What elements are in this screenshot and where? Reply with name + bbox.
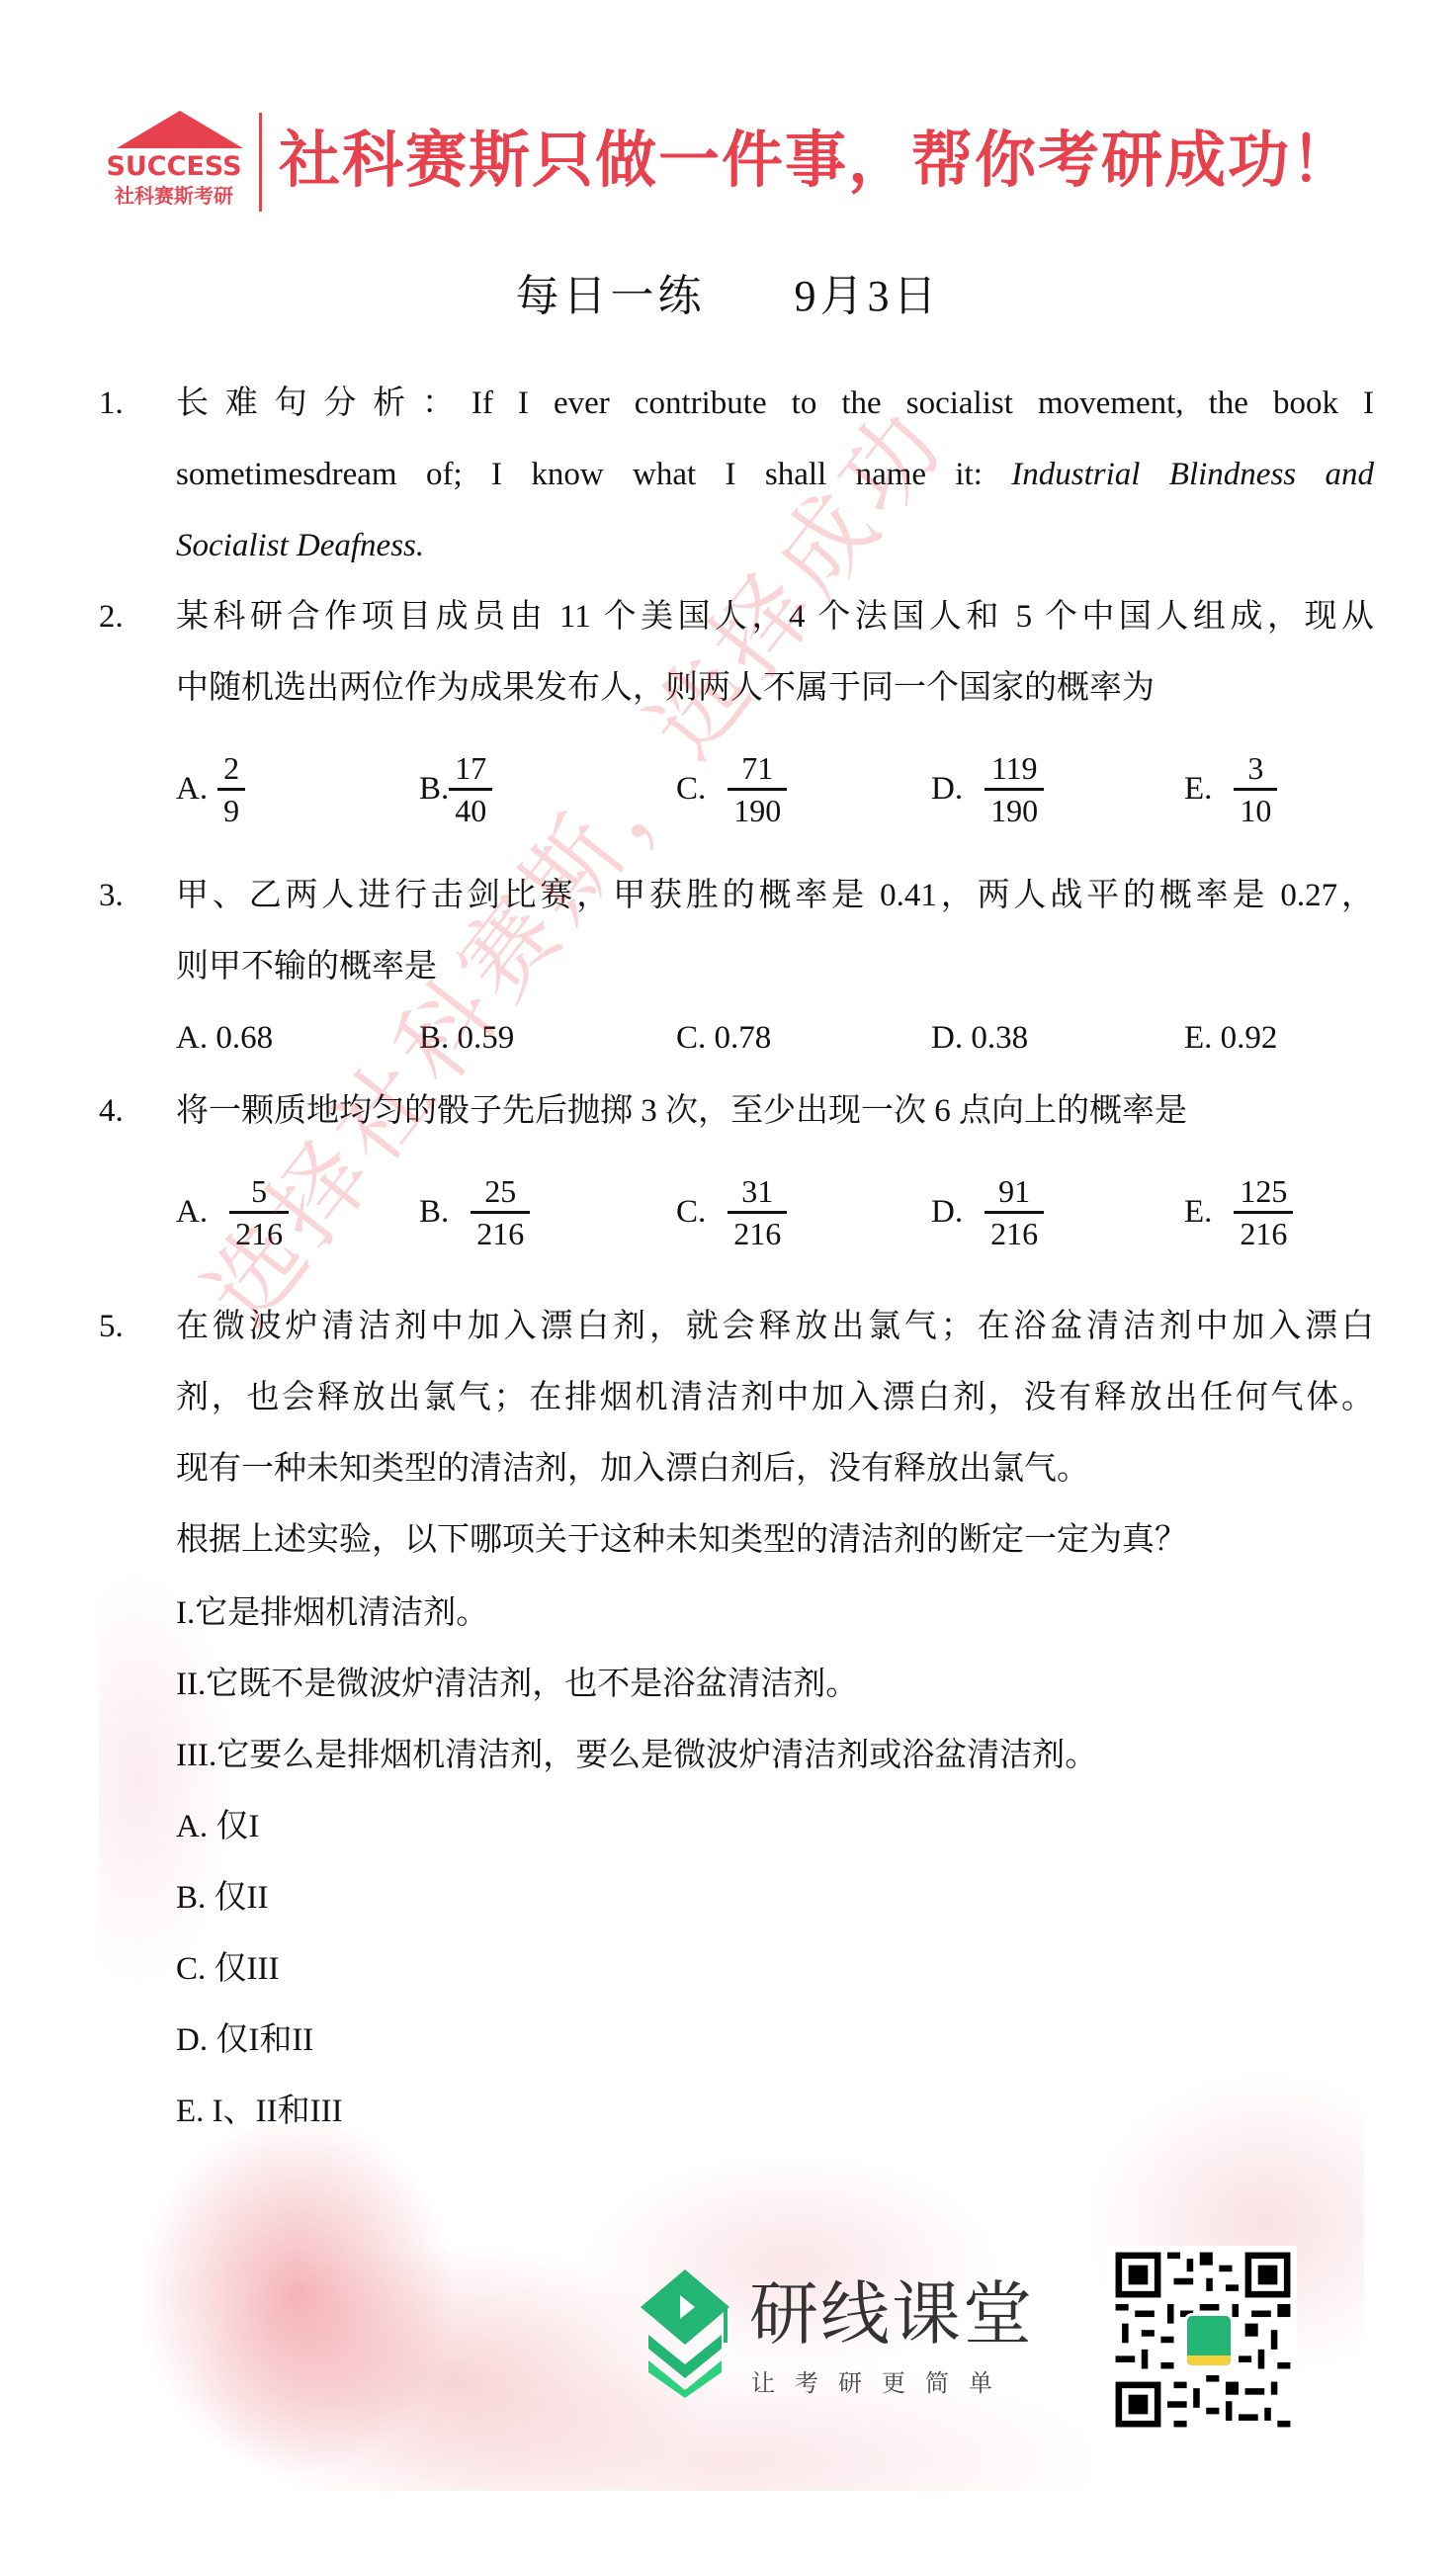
- fraction: 119190: [985, 748, 1044, 830]
- options-row: A.5216 B.25216 C.31216 D.91216 E.125216: [176, 1162, 1374, 1261]
- options-row: A.29 B.1740 C.71190 D.119190 E.310: [176, 739, 1374, 838]
- fraction: 71190: [728, 748, 787, 830]
- brand-name: 研线课堂: [749, 2269, 1034, 2358]
- statement-i: I.它是排烟机清洁剂。: [176, 1584, 488, 1643]
- options-row: A. 0.68 B. 0.59 C. 0.78 D. 0.38 E. 0.92: [176, 1008, 1374, 1068]
- option-b[interactable]: B. 0.59: [419, 1008, 514, 1068]
- statement-ii: II.它既不是微波炉清洁剂，也不是浴盆清洁剂。: [176, 1655, 858, 1714]
- header-divider: [259, 113, 262, 212]
- question-line: 某科研合作项目成员由 11 个美国人，4 个法国人和 5 个中国人组成，现从: [176, 581, 1374, 652]
- question-text: 长难句分析：If I ever contribute to the social…: [176, 368, 1374, 581]
- option-c[interactable]: C. 仅III: [176, 1939, 279, 1999]
- option-d[interactable]: D. 仅I和II: [176, 2011, 313, 2070]
- option-e[interactable]: E.310: [1184, 739, 1277, 838]
- qr-code-icon[interactable]: [1109, 2246, 1297, 2434]
- question-number: 5.: [99, 1291, 168, 1362]
- question-number: 4.: [99, 1075, 168, 1147]
- question-line: sometimesdream of; I know what I shall n…: [176, 439, 1374, 510]
- question-number: 2.: [99, 581, 168, 652]
- option-c[interactable]: C. 0.78: [676, 1008, 771, 1068]
- question-5: 5. 在微波炉清洁剂中加入漂白剂，就会释放出氯气；在浴盆清洁剂中加入漂白 剂，也…: [99, 1291, 1374, 1587]
- question-line: 则甲不输的概率是: [176, 931, 1374, 1002]
- question-line: 长难句分析：If I ever contribute to the social…: [176, 368, 1374, 439]
- question-2: 2. 某科研合作项目成员由 11 个美国人，4 个法国人和 5 个中国人组成，现…: [99, 581, 1374, 838]
- option-b[interactable]: B. 仅II: [176, 1868, 269, 1927]
- question-text: 在微波炉清洁剂中加入漂白剂，就会释放出氯气；在浴盆清洁剂中加入漂白 剂，也会释放…: [176, 1291, 1374, 1576]
- fraction: 1740: [449, 748, 492, 830]
- fraction: 5216: [229, 1171, 289, 1253]
- question-text: 某科研合作项目成员由 11 个美国人，4 个法国人和 5 个中国人组成，现从 中…: [176, 581, 1374, 724]
- option-c[interactable]: C.71190: [676, 739, 787, 838]
- question-line: 现有一种未知类型的清洁剂，加入漂白剂后，没有释放出氯气。: [176, 1433, 1374, 1504]
- title-date: 9月3日: [795, 272, 941, 320]
- fraction: 25216: [471, 1171, 530, 1253]
- logo-cn: 社科赛斯考研: [99, 184, 249, 208]
- option-d[interactable]: D. 0.38: [931, 1008, 1028, 1068]
- page-header: SUCCESS 社科赛斯考研 社科赛斯只做一件事，帮你考研成功！: [99, 107, 1384, 215]
- title-left: 每日一练: [516, 272, 706, 320]
- fraction: 29: [217, 748, 245, 830]
- question-3: 3. 甲、乙两人进行击剑比赛，甲获胜的概率是 0.41，两人战平的概率是 0.2…: [99, 860, 1374, 1068]
- question-line: 将一颗质地均匀的骰子先后抛掷 3 次，至少出现一次 6 点向上的概率是: [176, 1075, 1374, 1147]
- option-a[interactable]: A. 仅I: [176, 1797, 259, 1856]
- option-e[interactable]: E. 0.92: [1184, 1008, 1277, 1068]
- option-a[interactable]: A.29: [176, 739, 245, 838]
- option-d[interactable]: D.91216: [931, 1162, 1044, 1261]
- app-logo-icon: [1184, 2313, 1234, 2368]
- question-line: 中随机选出两位作为成果发布人，则两人不属于同一个国家的概率为: [176, 652, 1374, 724]
- fraction: 310: [1234, 748, 1277, 830]
- option-e[interactable]: E. I、II和III: [176, 2082, 343, 2141]
- fraction: 91216: [985, 1171, 1044, 1253]
- question-line: 根据上述实验，以下哪项关于这种未知类型的清洁剂的断定一定为真？: [176, 1504, 1374, 1576]
- logo-word: SUCCESS: [99, 152, 249, 182]
- option-a[interactable]: A. 0.68: [176, 1008, 273, 1068]
- option-e[interactable]: E.125216: [1184, 1162, 1293, 1261]
- question-text: 将一颗质地均匀的骰子先后抛掷 3 次，至少出现一次 6 点向上的概率是: [176, 1075, 1374, 1147]
- graduation-book-stack-icon: [641, 2269, 729, 2398]
- question-line: Socialist Deafness.: [176, 510, 1374, 581]
- page-title: 每日一练9月3日: [0, 267, 1456, 326]
- header-slogan: 社科赛斯只做一件事，帮你考研成功！: [279, 121, 1354, 200]
- footer-brand: 研线课堂 让考研更简单: [641, 2269, 1056, 2428]
- question-number: 1.: [99, 368, 168, 439]
- question-text: 甲、乙两人进行击剑比赛，甲获胜的概率是 0.41，两人战平的概率是 0.27， …: [176, 860, 1374, 1002]
- option-b[interactable]: B.1740: [419, 739, 492, 838]
- italic-title: Industrial Blindness and: [1011, 457, 1374, 492]
- option-b[interactable]: B.25216: [419, 1162, 530, 1261]
- question-line: 甲、乙两人进行击剑比赛，甲获胜的概率是 0.41，两人战平的概率是 0.27，: [176, 860, 1374, 931]
- fraction: 125216: [1234, 1171, 1293, 1253]
- statement-iii: III.它要么是排烟机清洁剂，要么是微波炉清洁剂或浴盆清洁剂。: [176, 1726, 1097, 1785]
- brand-tagline: 让考研更简单: [751, 2368, 1012, 2398]
- option-d[interactable]: D.119190: [931, 739, 1044, 838]
- option-c[interactable]: C.31216: [676, 1162, 787, 1261]
- success-logo: SUCCESS 社科赛斯考研: [99, 107, 249, 215]
- question-4: 4. 将一颗质地均匀的骰子先后抛掷 3 次，至少出现一次 6 点向上的概率是 A…: [99, 1075, 1374, 1273]
- fraction: 31216: [728, 1171, 787, 1253]
- question-line: 在微波炉清洁剂中加入漂白剂，就会释放出氯气；在浴盆清洁剂中加入漂白: [176, 1291, 1374, 1362]
- question-line: 剂，也会释放出氯气；在排烟机清洁剂中加入漂白剂，没有释放出任何气体。: [176, 1362, 1374, 1433]
- question-1: 1. 长难句分析：If I ever contribute to the soc…: [99, 368, 1374, 581]
- roof-icon: [117, 111, 243, 148]
- question-number: 3.: [99, 860, 168, 931]
- option-a[interactable]: A.5216: [176, 1162, 289, 1261]
